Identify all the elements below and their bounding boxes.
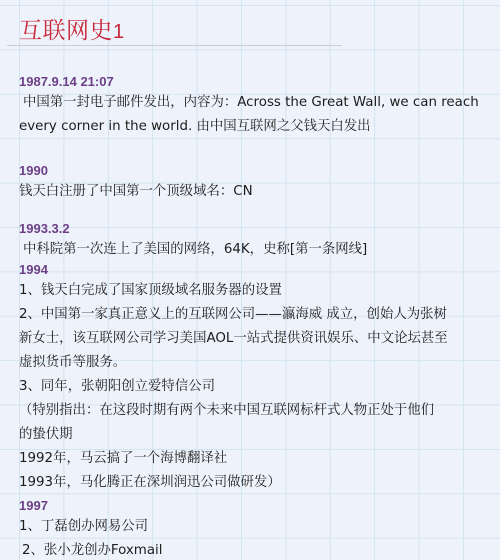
entry-line: 1993年，马化腾正在深圳润迅公司做研发） xyxy=(19,471,489,495)
entry-line: every corner in the world. 由中国互联网之父钱天白发出 xyxy=(19,115,489,139)
entry-line: 的蛰伏期 xyxy=(19,423,489,447)
page-title-text: 互联网史 xyxy=(19,18,113,44)
entry-line: 1992年，马云搞了一个海博翻译社 xyxy=(19,447,489,471)
entry-date: 1994 xyxy=(19,261,489,279)
entry-line: 3、同年，张朝阳创立爱特信公司 xyxy=(19,375,489,399)
entry-line: 虚拟货币等服务。 xyxy=(19,351,489,375)
notebook-page: 互联网史1 1987.9.14 21:07 中国第一封电子邮件发出，内容为：Ac… xyxy=(0,0,500,560)
entry-line: 1、丁磊创办网易公司 xyxy=(19,515,489,539)
entry-date: 1993.3.2 xyxy=(19,220,489,238)
title-underline xyxy=(7,45,342,46)
page-title: 互联网史1 xyxy=(19,12,125,45)
entry-date: 1997 xyxy=(19,497,489,515)
entry-line: 中科院第一次连上了美国的网络，64K，史称[第一条网线] xyxy=(19,238,489,262)
entry-1993: 1993.3.2 中科院第一次连上了美国的网络，64K，史称[第一条网线] xyxy=(19,220,489,262)
entry-line: 新女士，该互联网公司学习美国AOL一站式提供资讯娱乐、中文论坛甚至 xyxy=(19,327,489,351)
entry-line: 2、张小龙创办Foxmail xyxy=(19,539,489,560)
entry-line: 中国第一封电子邮件发出，内容为：Across the Great Wall, w… xyxy=(19,91,489,115)
entry-1990: 1990 钱天白注册了中国第一个顶级域名：CN xyxy=(19,162,489,204)
entry-1987: 1987.9.14 21:07 中国第一封电子邮件发出，内容为：Across t… xyxy=(19,73,489,139)
entry-date: 1987.9.14 21:07 xyxy=(19,73,489,91)
entry-line: 2、中国第一家真正意义上的互联网公司——瀛海威 成立，创始人为张树 xyxy=(19,303,489,327)
entry-line: （特别指出：在这段时期有两个未来中国互联网标杆式人物正处于他们 xyxy=(19,399,489,423)
entry-1997: 1997 1、丁磊创办网易公司 2、张小龙创办Foxmail xyxy=(19,497,489,560)
page-title-number: 1 xyxy=(113,21,125,43)
entry-1994: 1994 1、钱天白完成了国家顶级域名服务器的设置 2、中国第一家真正意义上的互… xyxy=(19,261,489,495)
entry-line: 1、钱天白完成了国家顶级域名服务器的设置 xyxy=(19,279,489,303)
entry-date: 1990 xyxy=(19,162,489,180)
entry-line: 钱天白注册了中国第一个顶级域名：CN xyxy=(19,180,489,204)
